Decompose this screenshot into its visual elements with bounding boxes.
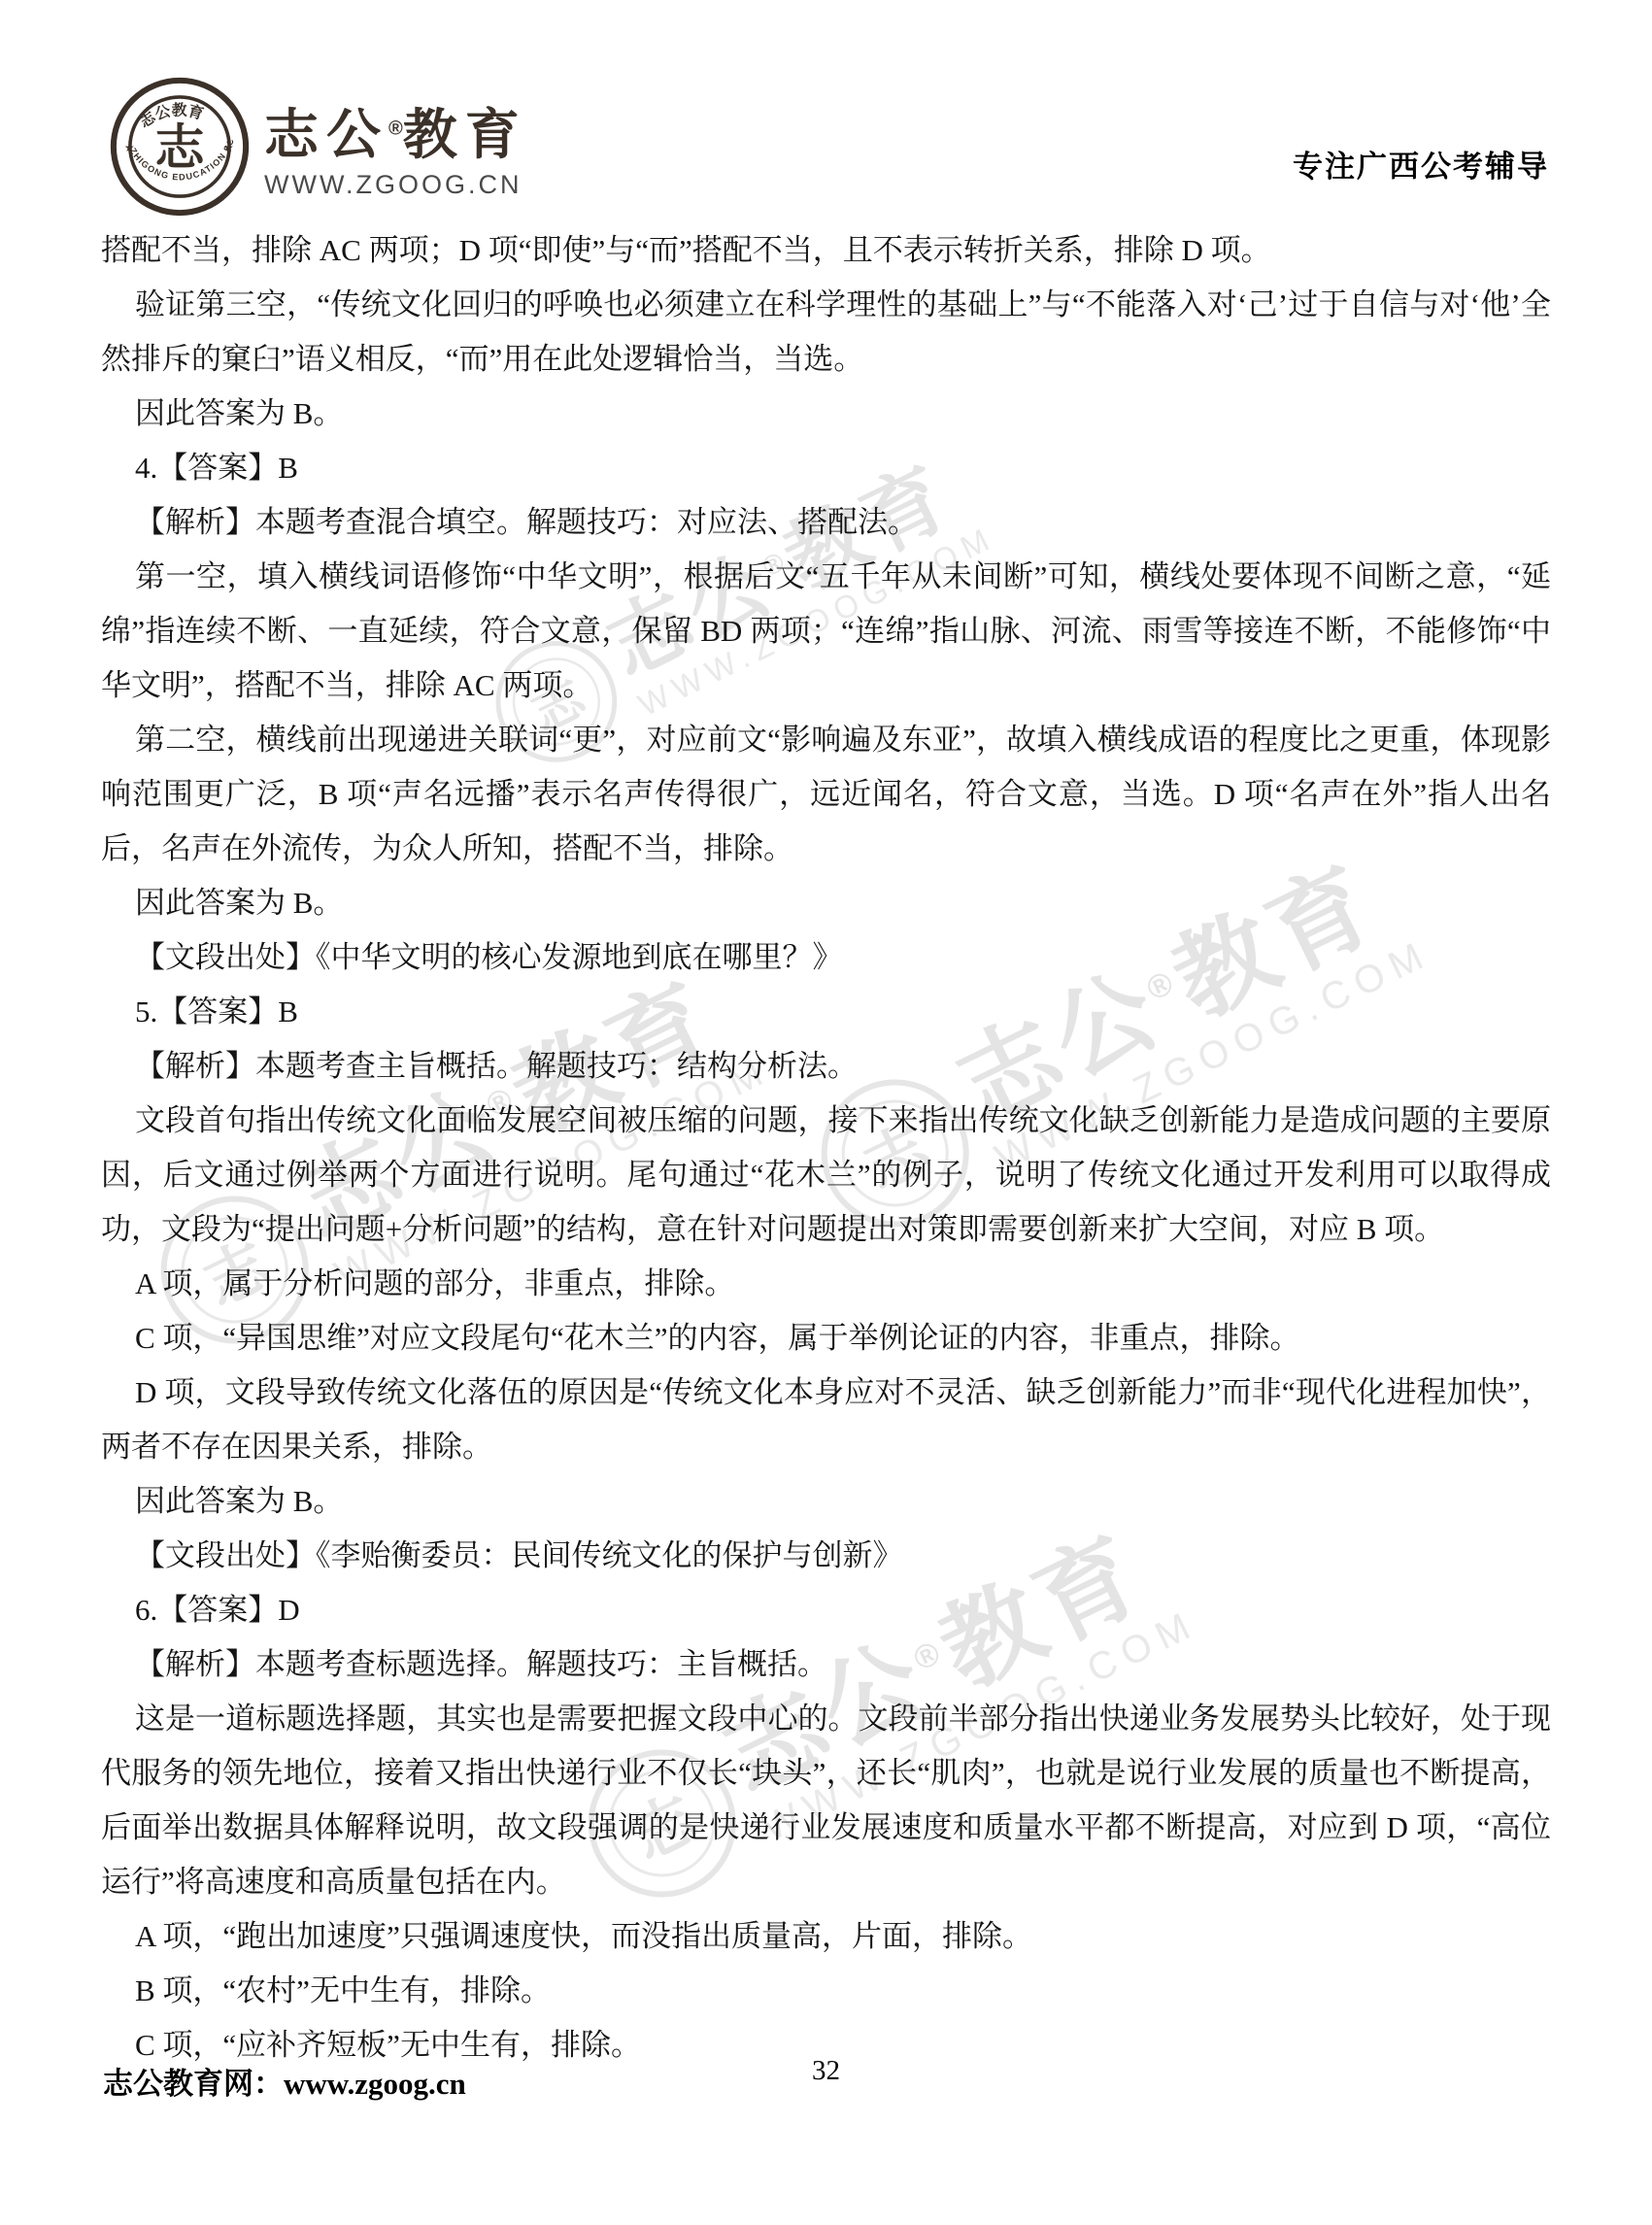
paragraph: 第二空，横线前出现递进关联词“更”，对应前文“影响遍及东亚”，故填入横线成语的程… (101, 713, 1551, 876)
paragraph: 5.【答案】B (101, 985, 1551, 1039)
svg-text:★: ★ (124, 141, 135, 154)
paragraph: 验证第三空，“传统文化回归的呼唤也必须建立在科学理性的基础上”与“不能落入对‘己… (101, 278, 1551, 387)
paragraph: C 项，“异国思维”对应文段尾句“花木兰”的内容，属于举例论证的内容，非重点，排… (101, 1311, 1551, 1365)
paragraph: 6.【答案】D (101, 1583, 1551, 1637)
paragraph: 因此答案为 B。 (101, 876, 1551, 930)
paragraph: 【文段出处】《中华文明的核心发源地到底在哪里？》 (101, 930, 1551, 985)
zhigong-seal-icon: 志公教育 ZHIGONG EDUCATION SCHOOL ★ ★ 志 (109, 76, 251, 218)
answer-explanations: 搭配不当，排除 AC 两项；D 项“即使”与“而”搭配不当，且不表示转折关系，排… (101, 223, 1551, 2073)
svg-text:★: ★ (223, 141, 234, 154)
paragraph: A 项，“跑出加速度”只强调速度快，而没指出质量高，片面，排除。 (101, 1909, 1551, 1964)
paragraph: 【文段出处】《李贻衡委员：民间传统文化的保护与创新》 (101, 1529, 1551, 1583)
paragraph: 【解析】本题考查混合填空。解题技巧：对应法、搭配法。 (101, 495, 1551, 550)
paragraph: 因此答案为 B。 (101, 1474, 1551, 1529)
zhigong-logo: 志公教育 ZHIGONG EDUCATION SCHOOL ★ ★ 志 志公®教… (109, 76, 527, 218)
paragraph: B 项，“农村”无中生有，排除。 (101, 1964, 1551, 2018)
svg-text:志: 志 (154, 120, 205, 176)
paragraph: 因此答案为 B。 (101, 387, 1551, 441)
brand-website: WWW.ZGOOG.CN (264, 170, 527, 200)
paragraph: 这是一道标题选择题，其实也是需要把握文段中心的。文段前半部分指出快递业务发展势头… (101, 1692, 1551, 1909)
paragraph: 【解析】本题考查标题选择。解题技巧：主旨概括。 (101, 1637, 1551, 1692)
paragraph: 4.【答案】B (101, 441, 1551, 495)
header-tagline: 专注广西公考辅导 (1293, 142, 1549, 185)
paragraph: 搭配不当，排除 AC 两项；D 项“即使”与“而”搭配不当，且不表示转折关系，排… (101, 223, 1551, 278)
paragraph: 第一空，填入横线词语修饰“中华文明”，根据后文“五千年从未间断”可知，横线处要体… (101, 550, 1551, 713)
page-header: 志公教育 ZHIGONG EDUCATION SCHOOL ★ ★ 志 志公®教… (0, 0, 1652, 223)
page-number: 32 (0, 2055, 1652, 2087)
paragraph: A 项，属于分析问题的部分，非重点，排除。 (101, 1257, 1551, 1311)
document-page: 志 志公®教育 WWW.ZGOOG.COM 志 志公®教育 WWW.ZGOOG.… (0, 0, 1652, 2225)
brand-name: 志公®教育 (264, 107, 527, 164)
paragraph: 文段首句指出传统文化面临发展空间被压缩的问题，接下来指出传统文化缺乏创新能力是造… (101, 1094, 1551, 1257)
paragraph: 【解析】本题考查主旨概括。解题技巧：结构分析法。 (101, 1039, 1551, 1094)
paragraph: D 项，文段导致传统文化落伍的原因是“传统文化本身应对不灵活、缺乏创新能力”而非… (101, 1365, 1551, 1474)
